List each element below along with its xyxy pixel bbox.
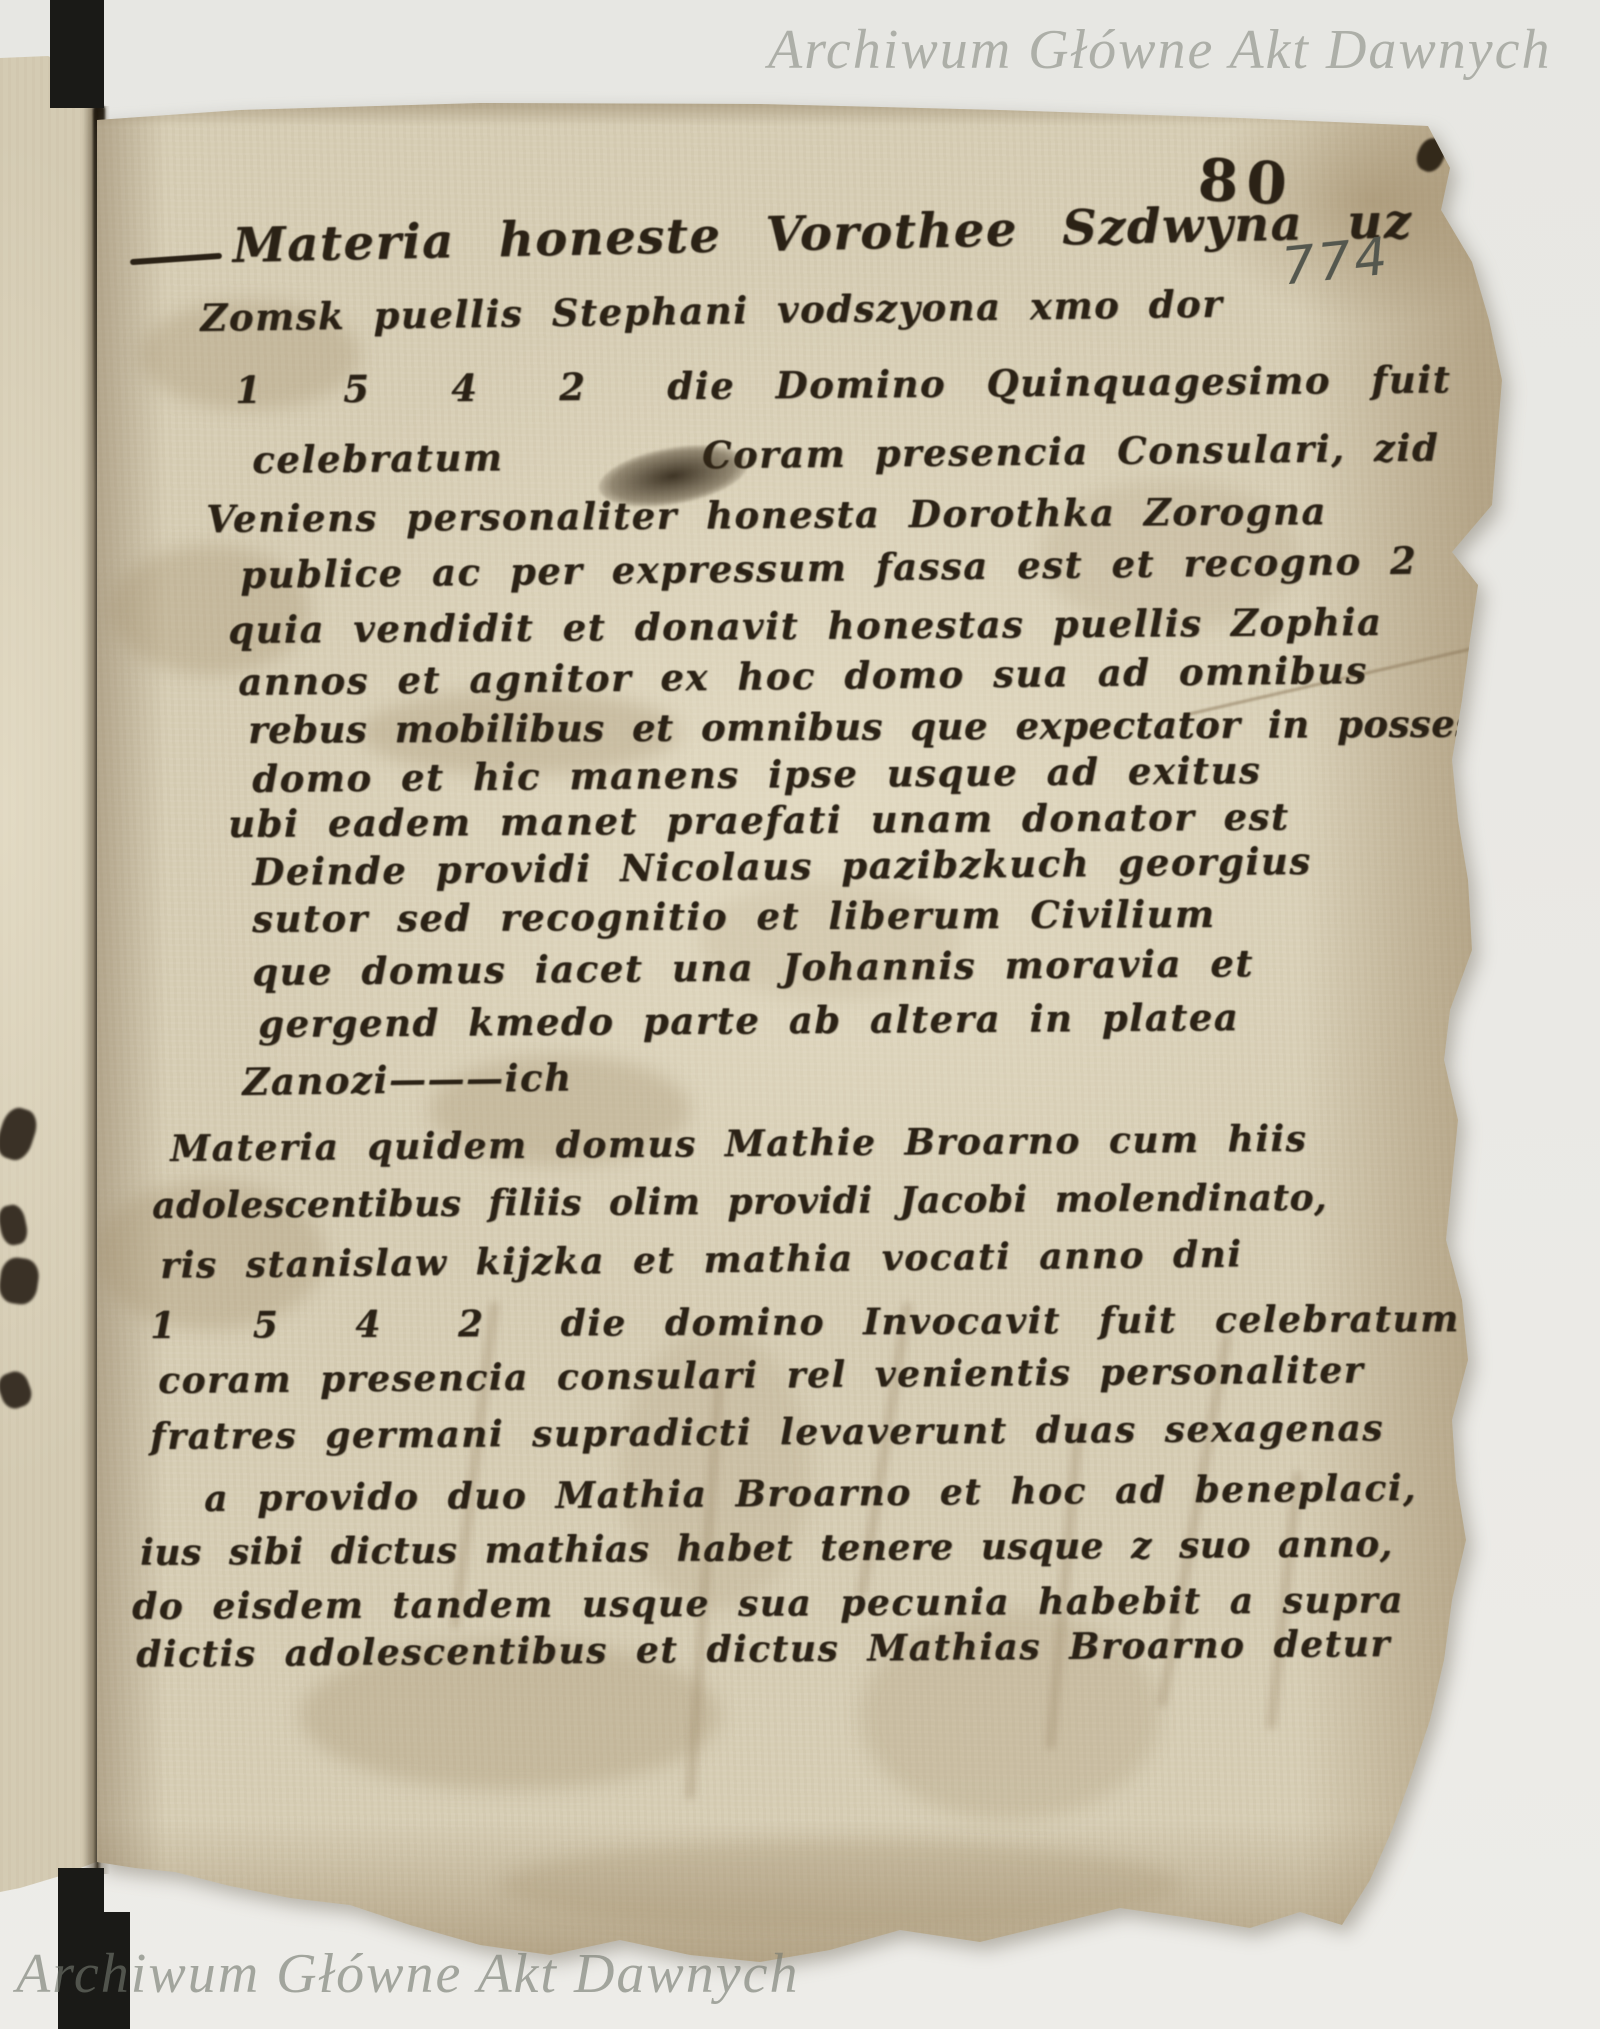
drip-streak bbox=[450, 1301, 499, 1630]
manuscript-line: dictis adolescentibus et dictus Mathias … bbox=[136, 1623, 1391, 1676]
manuscript-line: 1 5 4 2 die domino Invocavit fuit celebr… bbox=[150, 1298, 1460, 1347]
manuscript-line: Zomsk puellis Stephani vodszyona xmo dor bbox=[200, 282, 1223, 340]
manuscript-line: rebus mobilibus et omnibus que expectato… bbox=[248, 701, 1538, 752]
archive-watermark-bottom: Archiwum Główne Akt Dawnych bbox=[16, 1942, 799, 2006]
manuscript-line: quia vendidit et donavit honestas puelli… bbox=[228, 600, 1383, 652]
manuscript-page-wrap: Materia honeste Vorothee Szdwyna uz Zoms… bbox=[0, 0, 1600, 2029]
manuscript-line: Materia quidem domus Mathie Broarno cum … bbox=[170, 1118, 1308, 1170]
manuscript-line: Zanozi———ich bbox=[242, 1055, 573, 1104]
manuscript-line: do eisdem tandem usque sua pecunia habeb… bbox=[132, 1579, 1404, 1628]
manuscript-page: Materia honeste Vorothee Szdwyna uz Zoms… bbox=[0, 0, 1600, 2029]
manuscript-line: gergend kmedo parte ab altera in platea bbox=[258, 995, 1239, 1046]
manuscript-line: ius sibi dictus mathias habet tenere usq… bbox=[140, 1523, 1393, 1574]
manuscript-line: Veniens personaliter honesta Dorothka Zo… bbox=[206, 489, 1327, 541]
manuscript-line: ubi eadem manet praefati unam donator es… bbox=[228, 795, 1290, 846]
manuscript-line: adolescentibus filiis olim providi Jacob… bbox=[152, 1177, 1327, 1227]
manuscript-line: que domus iacet una Johannis moravia et bbox=[252, 941, 1254, 994]
manuscript-line: sutor sed recognitio et liberum Civilium bbox=[252, 892, 1216, 941]
binding-tape-top bbox=[50, 0, 104, 108]
folio-number-ink: 80 bbox=[1196, 146, 1296, 219]
manuscript-scan: Materia honeste Vorothee Szdwyna uz Zoms… bbox=[0, 0, 1600, 2029]
binding-tape-bottom bbox=[58, 1868, 104, 1916]
folio-number-pencil: 774 bbox=[1279, 227, 1393, 298]
manuscript-line: 1 5 4 2 die Domino Quinquagesimo fuit bbox=[235, 357, 1451, 412]
manuscript-line: celebratum Coram presencia Consulari, zi… bbox=[252, 426, 1440, 482]
manuscript-line: domo et hic manens ipse usque ad exitus bbox=[252, 748, 1261, 801]
manuscript-line: annos et agnitor ex hoc domo sua ad omni… bbox=[238, 648, 1368, 704]
manuscript-line: coram presencia consulari rel venientis … bbox=[158, 1349, 1364, 1402]
opening-flourish bbox=[130, 253, 222, 265]
show-through-smudge bbox=[500, 1840, 1180, 1930]
manuscript-line: a provido duo Mathia Broarno et hoc ad b… bbox=[204, 1467, 1417, 1520]
archive-watermark-top: Archiwum Główne Akt Dawnych bbox=[768, 18, 1551, 82]
manuscript-line: fratres germani supradicti levaverunt du… bbox=[150, 1407, 1384, 1458]
manuscript-line: Deinde providi Nicolaus pazibzkuch georg… bbox=[252, 839, 1312, 894]
